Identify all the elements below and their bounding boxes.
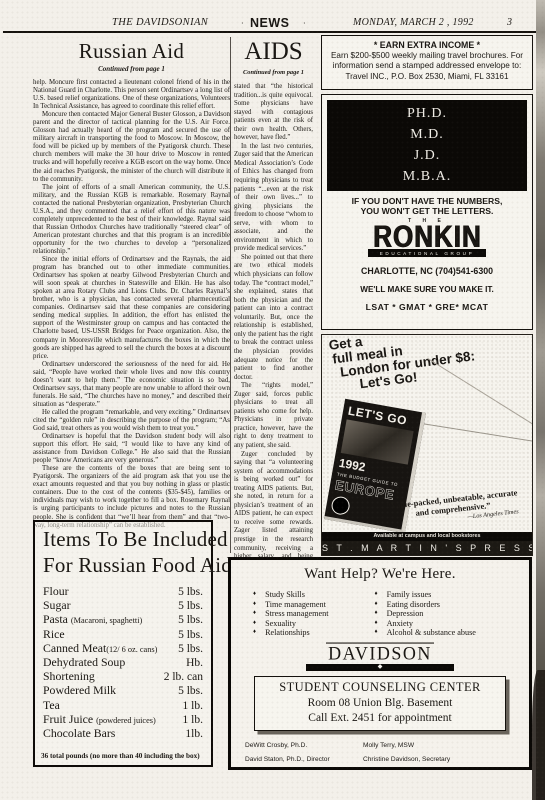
diamond-bullet-icon: ♦	[375, 600, 378, 610]
news-separator-icon: ·	[303, 19, 306, 28]
help-topic-label: Depression	[387, 609, 424, 619]
availability-bar: Available at campus and local bookstores	[322, 532, 532, 541]
item-note: (powdered juices)	[96, 716, 156, 725]
item-name: Fruit Juice (powdered juices)	[43, 713, 156, 727]
body-paragraph: The joint of efforts of a small American…	[33, 184, 230, 256]
diamond-bullet-icon: ♦	[253, 628, 256, 638]
body-paragraph: Since the initial efforts of Ordinartsev…	[33, 256, 230, 361]
ronkin-promise: WE'LL MAKE SURE YOU MAKE IT.	[322, 285, 532, 294]
food-item-row: Tea1 lb.	[43, 699, 203, 713]
food-item-row: Shortening2 lb. can	[43, 670, 203, 684]
staff-name: DeWitt Crosby, Ph.D.	[245, 741, 363, 751]
diamond-bullet-icon: ♦	[375, 619, 378, 629]
body-paragraph: help. Moncure first contacted a lieutena…	[33, 79, 230, 111]
article-title: Russian Aid	[33, 39, 230, 64]
diamond-bullet-icon: ♦	[253, 590, 256, 600]
degree-line: M.B.A.	[327, 166, 527, 187]
food-item-row: Fruit Juice (powdered juices)1 lb.	[43, 713, 203, 727]
item-name: Shortening	[43, 670, 95, 683]
davidson-brand: DAVIDSON ◆	[231, 643, 529, 671]
diamond-bullet-icon: ♦	[375, 628, 378, 638]
issue-date: MONDAY, MARCH 2 , 1992	[353, 17, 474, 28]
newspaper-page: THE DAVIDSONIAN · NEWS · MONDAY, MARCH 2…	[0, 0, 545, 800]
help-topic-label: Relationships	[265, 628, 310, 638]
food-item-row: Powdered Milk5 lbs.	[43, 684, 203, 698]
book-badge-icon	[330, 495, 351, 516]
item-name: Pasta (Macaroni, spaghetti)	[43, 613, 142, 627]
diamond-bullet-icon: ♦	[253, 600, 256, 610]
help-topic-item: ♦Alcohol & substance abuse	[375, 628, 479, 638]
degree-line: M.D.	[327, 124, 527, 145]
counseling-center-box: STUDENT COUNSELING CENTER Room 08 Union …	[254, 676, 506, 731]
help-topic-label: Time management	[265, 600, 326, 610]
davidson-bar: ◆	[306, 664, 454, 671]
food-item-row: Chocolate Bars1lb.	[43, 727, 203, 741]
item-amount: 5 lbs.	[178, 643, 203, 656]
food-item-row: Rice5 lbs.	[43, 628, 203, 642]
item-amount: 5 lbs.	[178, 614, 203, 627]
table-edge-line	[427, 358, 533, 433]
body-paragraph: Moncure then contacted Major General Bus…	[33, 111, 230, 183]
scan-corner-artifact	[532, 670, 545, 800]
food-item-list: Flour5 lbs. Sugar5 lbs. Pasta (Macaroni,…	[43, 585, 203, 741]
body-paragraph: In the last two centuries, Zuger said th…	[234, 143, 313, 254]
column-divider	[230, 37, 231, 553]
staff-name: Molly Terry, MSW	[363, 741, 529, 751]
food-aid-box: Items To Be Included For Russian Food Ai…	[33, 520, 213, 767]
help-topic-item: ♦Stress management	[253, 609, 329, 619]
food-item-row: Pasta (Macaroni, spaghetti)5 lbs.	[43, 613, 203, 627]
help-topic-item: ♦Anxiety	[375, 619, 479, 629]
item-name: Tea	[43, 699, 60, 712]
food-item-row: Flour5 lbs.	[43, 585, 203, 599]
food-aid-title-line1: Items To Be Included	[43, 527, 203, 553]
food-item-row: Canned Meat(12/ 6 oz. cans)5 lbs.	[43, 642, 203, 656]
article-body: help. Moncure first contacted a lieutena…	[33, 79, 230, 530]
item-name: Chocolate Bars	[43, 727, 115, 740]
ronkin-location: CHARLOTTE, NC (704)541-6300	[322, 266, 532, 276]
counseling-center-contact: Call Ext. 2451 for appointment	[255, 712, 505, 724]
diamond-bullet-icon: ♦	[253, 609, 256, 619]
diamond-bullet-icon: ♦	[375, 590, 378, 600]
item-note: (12/ 6 oz. cans)	[106, 645, 157, 654]
body-paragraph: He called the program “remarkable, and v…	[33, 409, 230, 433]
degrees-box: PH.D. M.D. J.D. M.B.A.	[327, 100, 527, 191]
davidson-wordmark: DAVIDSON	[326, 642, 434, 662]
ronkin-tests: LSAT * GMAT * GRE* MCAT	[322, 302, 532, 312]
staff-name: Christine Davidson, Secretary	[363, 755, 529, 765]
body-paragraph: The “rights model,” Zuger said, forces p…	[234, 382, 313, 450]
item-name: Powdered Milk	[43, 684, 116, 697]
food-item-row: Sugar5 lbs.	[43, 599, 203, 613]
item-amount: 5 lbs.	[178, 600, 203, 613]
help-title: Want Help? We're Here.	[231, 566, 529, 583]
help-topic-item: ♦Time management	[253, 600, 329, 610]
help-topic-item: ♦Study Skills	[253, 590, 329, 600]
body-paragraph: stated that “the historical tradition...…	[234, 83, 313, 143]
help-topic-label: Alcohol & substance abuse	[387, 628, 476, 638]
item-amount: 1lb.	[185, 728, 203, 741]
item-amount: 5 lbs.	[178, 586, 203, 599]
article-title: AIDS	[234, 38, 313, 66]
ronkin-ad: PH.D. M.D. J.D. M.B.A. IF YOU DON'T HAVE…	[321, 94, 533, 330]
diamond-icon: ◆	[378, 664, 383, 670]
help-topic-label: Anxiety	[387, 619, 413, 629]
section-label: NEWS	[250, 16, 290, 30]
help-topic-item: ♦Relationships	[253, 628, 329, 638]
russian-aid-article: Russian Aid Continued from page 1 help. …	[33, 39, 230, 530]
item-amount: 1 lb.	[183, 714, 203, 727]
item-name: Flour	[43, 585, 69, 598]
help-topic-item: ♦Eating disorders	[375, 600, 479, 610]
item-amount: 5 lbs.	[178, 685, 203, 698]
help-topic-item: ♦Depression	[375, 609, 479, 619]
help-topic-item: ♦Family issues	[375, 590, 479, 600]
item-name: Canned Meat(12/ 6 oz. cans)	[43, 642, 157, 656]
degree-line: J.D.	[327, 145, 527, 166]
help-topic-lists: ♦Study Skills ♦Time management ♦Stress m…	[253, 590, 529, 638]
degree-line: PH.D.	[327, 103, 527, 124]
body-paragraph: She pointed out that there are two ethic…	[234, 254, 313, 382]
body-paragraph: Ordinartsev is hopeful that the Davidson…	[33, 433, 230, 465]
earn-income-ad: * EARN EXTRA INCOME * Earn $200-$500 wee…	[321, 35, 533, 90]
paper-name: THE DAVIDSONIAN	[112, 17, 208, 28]
press-bar: S T . M A R T I N ' S P R E S S	[322, 541, 532, 555]
item-amount: 1 lb.	[183, 700, 203, 713]
counseling-help-box: Want Help? We're Here. ♦Study Skills ♦Ti…	[228, 557, 532, 770]
help-topics-right: ♦Family issues ♦Eating disorders ♦Depres…	[375, 590, 479, 638]
continued-note: Continued from page 1	[33, 65, 230, 73]
help-topic-label: Study Skills	[265, 590, 305, 600]
help-topics-left: ♦Study Skills ♦Time management ♦Stress m…	[253, 590, 329, 638]
help-topic-label: Sexuality	[265, 619, 296, 629]
food-aid-title-line2: For Russian Food Aid	[43, 553, 203, 579]
help-topic-label: Family issues	[387, 590, 432, 600]
help-topic-label: Stress management	[265, 609, 328, 619]
ronkin-hook-line2: YOU WON'T GET THE LETTERS.	[322, 206, 532, 216]
header-rule	[3, 31, 536, 33]
help-topic-item: ♦Sexuality	[253, 619, 329, 629]
letsgo-headline: Get a full meal in London for under $8: …	[328, 334, 478, 395]
diamond-bullet-icon: ♦	[253, 619, 256, 629]
food-total-note: 36 total pounds (no more than 40 includi…	[41, 752, 205, 760]
item-name: Rice	[43, 628, 65, 641]
continued-note: Continued from page 1	[234, 69, 313, 76]
body-paragraph: Ordinartsev underscored the seriousness …	[33, 361, 230, 409]
item-note: (Macaroni, spaghetti)	[71, 616, 142, 625]
news-separator-icon: ·	[241, 19, 244, 28]
staff-name: David Staton, Ph.D., Director	[245, 755, 363, 765]
ronkin-hook-line1: IF YOU DON'T HAVE THE NUMBERS,	[322, 196, 532, 206]
item-amount: Hb.	[186, 657, 203, 670]
diamond-bullet-icon: ♦	[375, 609, 378, 619]
page-number: 3	[507, 17, 512, 28]
item-amount: 5 lbs.	[178, 629, 203, 642]
ronkin-logo: RONKIN	[322, 222, 532, 251]
ad-body: Earn $200-$500 weekly mailing travel bro…	[322, 50, 532, 82]
food-item-row: Dehydrated SoupHb.	[43, 656, 203, 670]
item-name: Sugar	[43, 599, 71, 612]
item-amount: 2 lb. can	[164, 671, 203, 684]
help-topic-label: Eating disorders	[387, 600, 440, 610]
staff-list: DeWitt Crosby, Ph.D. Molly Terry, MSW Da…	[245, 741, 529, 765]
ad-title: * EARN EXTRA INCOME *	[322, 40, 532, 50]
page-header: THE DAVIDSONIAN · NEWS · MONDAY, MARCH 2…	[0, 17, 545, 31]
counseling-center-name: STUDENT COUNSELING CENTER	[255, 680, 505, 695]
counseling-center-location: Room 08 Union Blg. Basement	[255, 697, 505, 709]
item-name: Dehydrated Soup	[43, 656, 125, 669]
letsgo-ad: Get a full meal in London for under $8: …	[321, 334, 533, 556]
